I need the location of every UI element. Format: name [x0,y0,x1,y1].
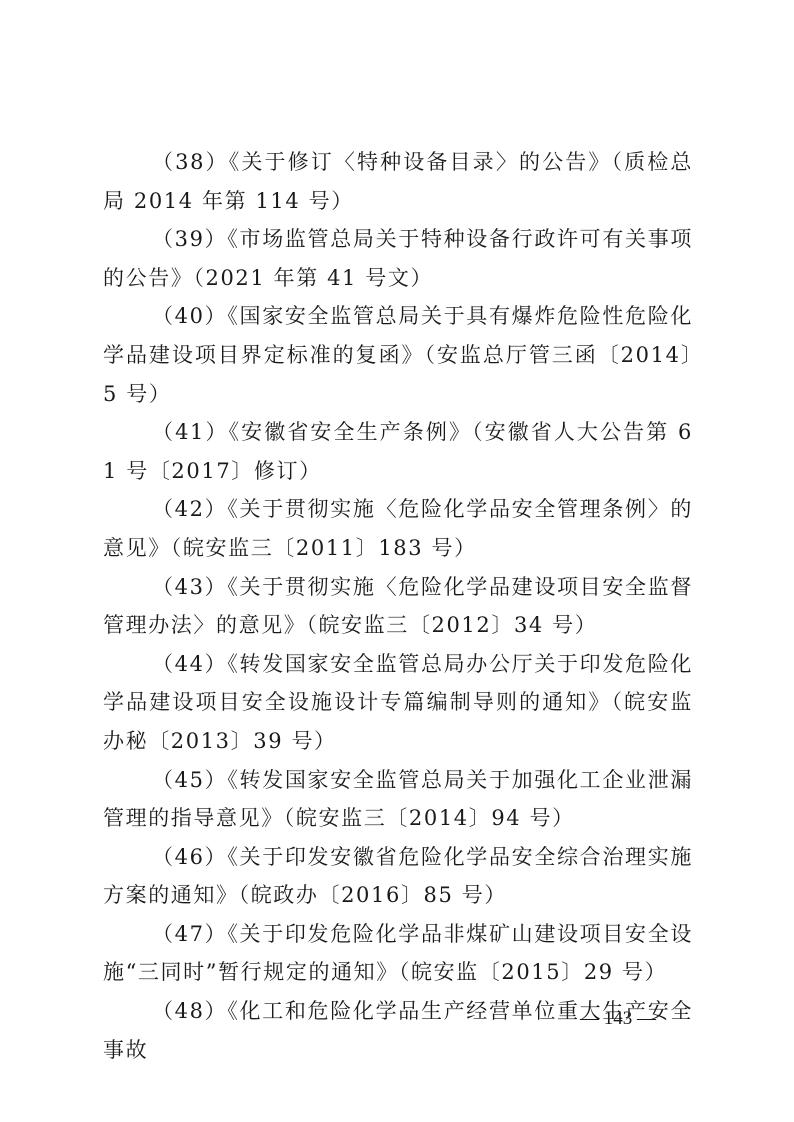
reference-entry-43: （43）《关于贯彻实施〈危险化学品建设项目安全监督管理办法〉的意见》（皖安监三〔… [103,568,693,645]
reference-entry-38: （38）《关于修订〈特种设备目录〉的公告》（质检总局 2014 年第 114 号… [103,143,693,220]
page-number: — 143 — [580,1008,656,1030]
reference-entry-46: （46）《关于印发安徽省危险化学品安全综合治理实施方案的通知》（皖政办〔2016… [103,838,693,915]
reference-entry-44: （44）《转发国家安全监管总局办公厅关于印发危险化学品建设项目安全设施设计专篇编… [103,645,693,761]
reference-entry-47: （47）《关于印发危险化学品非煤矿山建设项目安全设施“三同时”暂行规定的通知》（… [103,915,693,992]
reference-entry-45: （45）《转发国家安全监管总局关于加强化工企业泄漏管理的指导意见》（皖安监三〔2… [103,761,693,838]
reference-entry-39: （39）《市场监管总局关于特种设备行政许可有关事项的公告》（2021 年第 41… [103,220,693,297]
reference-entry-48: （48）《化工和危险化学品生产经营单位重大生产安全事故 [103,992,693,1069]
reference-entry-41: （41）《安徽省安全生产条例》（安徽省人大公告第 61 号〔2017〕修订） [103,413,693,490]
document-body: （38）《关于修订〈特种设备目录〉的公告》（质检总局 2014 年第 114 号… [103,143,693,1069]
reference-entry-40: （40）《国家安全监管总局关于具有爆炸危险性危险化学品建设项目界定标准的复函》（… [103,297,693,413]
reference-entry-42: （42）《关于贯彻实施〈危险化学品安全管理条例〉的意见》（皖安监三〔2011〕1… [103,490,693,567]
